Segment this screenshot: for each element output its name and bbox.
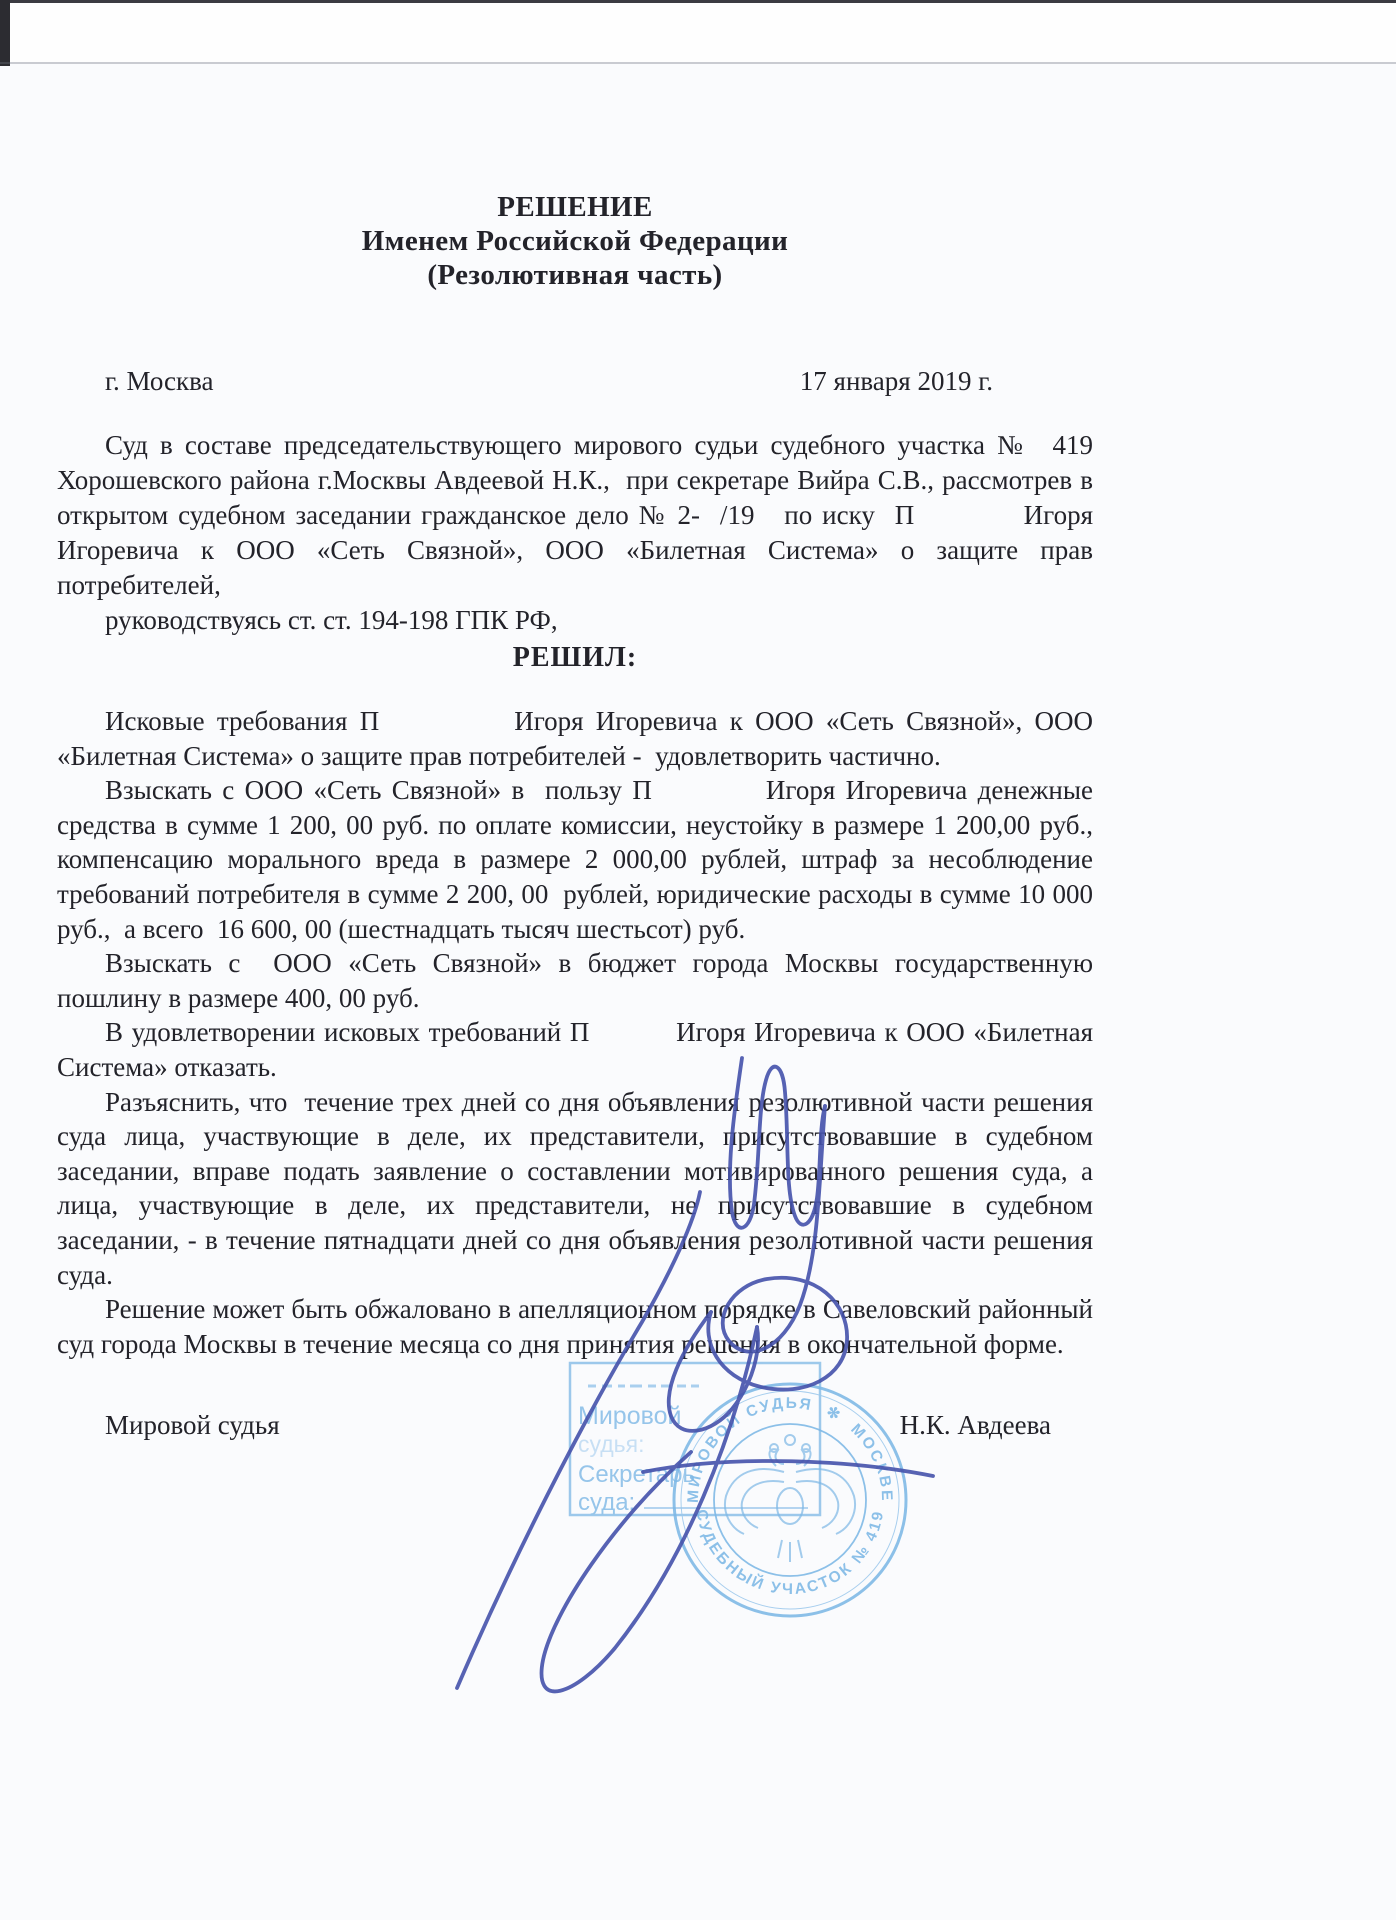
intro-tail-line: руководствуясь ст. ст. 194-198 ГПК РФ, (57, 603, 1093, 638)
resolution-body: Исковые требования П Игоря Игоревича к О… (57, 704, 1093, 1361)
scan-margin-strip (0, 3, 1396, 62)
paragraph-award-amounts: Взыскать с ООО «Сеть Связной» в пользу П… (57, 773, 1093, 946)
paragraph-state-duty: Взыскать с ООО «Сеть Связной» в бюджет г… (57, 946, 1093, 1015)
heading-line-in-the-name: Именем Российской Федерации (57, 224, 1093, 258)
scan-hairline-artifact (0, 62, 1396, 64)
place-label: г. Москва (105, 364, 214, 399)
paragraph-claims-denied: В удовлетворении исковых требований П Иг… (57, 1015, 1093, 1084)
heading-line-decision: РЕШЕНИЕ (57, 190, 1093, 224)
judge-role-label: Мировой судья (105, 1408, 280, 1443)
scan-top-edge-artifact (0, 0, 1396, 3)
svg-text:СУДЕБНЫЙ УЧАСТОК № 419: СУДЕБНЫЙ УЧАСТОК № 419 (692, 1508, 887, 1598)
place-date-row: г. Москва 17 января 2019 г. (57, 364, 1093, 399)
paragraph-appeal: Решение может быть обжаловано в апелляци… (57, 1292, 1093, 1361)
court-decision-scan: РЕШЕНИЕ Именем Российской Федерации (Рез… (0, 0, 1396, 1920)
heading-line-operative-part: (Резолютивная часть) (57, 258, 1093, 292)
signature-row: Мировой судья Н.К. Авдеева (57, 1408, 1093, 1443)
eagle-emblem-icon (725, 1435, 855, 1562)
stamp-line-suda: суда: (578, 1489, 635, 1516)
intro-section: Суд в составе председательствующего миро… (57, 428, 1093, 638)
scan-corner-artifact (0, 0, 10, 66)
judge-name-label: Н.К. Авдеева (900, 1408, 1051, 1443)
stamp-line-sekretar: Секретарь (578, 1461, 695, 1488)
document-heading: РЕШЕНИЕ Именем Российской Федерации (Рез… (57, 190, 1093, 292)
date-label: 17 января 2019 г. (800, 364, 993, 399)
intro-paragraph: Суд в составе председательствующего миро… (57, 428, 1093, 603)
seal-bottom-arc-text: СУДЕБНЫЙ УЧАСТОК № 419 (692, 1508, 887, 1598)
paragraph-clarification: Разъяснить, что течение трех дней со дня… (57, 1085, 1093, 1293)
resolution-heading: РЕШИЛ: (57, 642, 1093, 674)
paragraph-claims-partially-granted: Исковые требования П Игоря Игоревича к О… (57, 704, 1093, 773)
